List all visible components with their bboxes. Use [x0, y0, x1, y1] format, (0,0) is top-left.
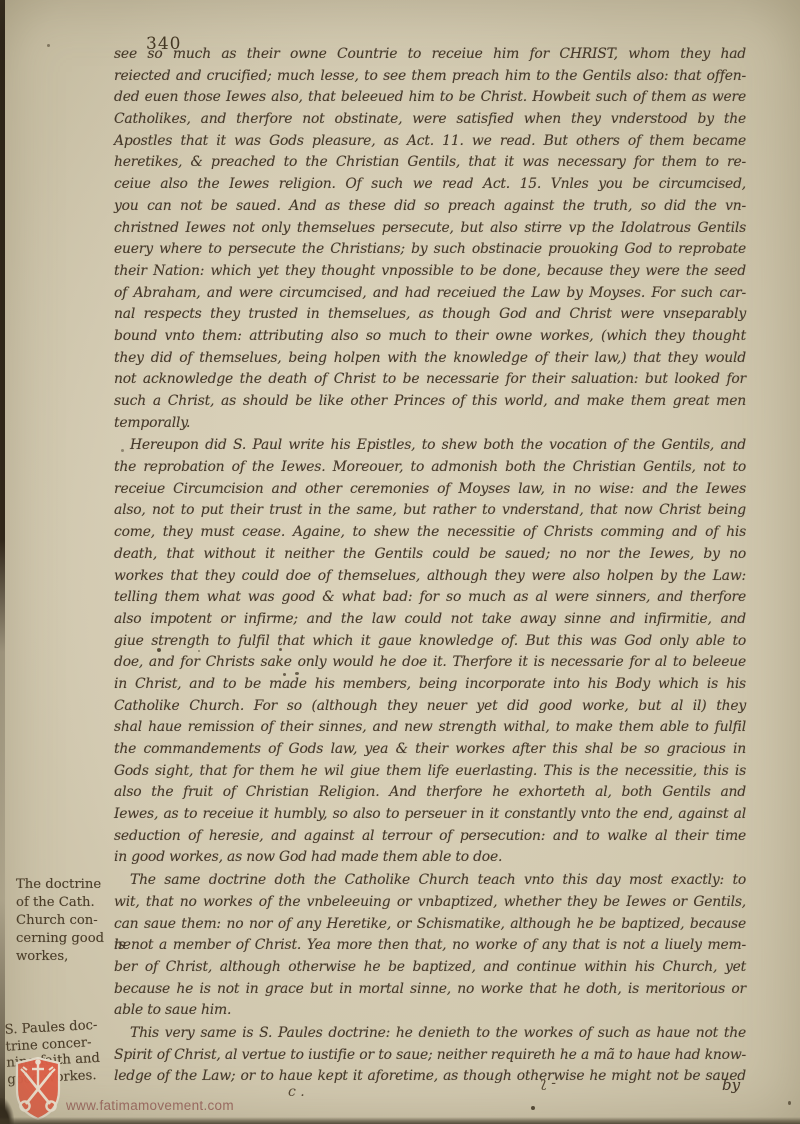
text-line: Spirit of Christ, al vertue to iustifie …: [114, 1045, 746, 1067]
text-line: also, not to put their trust in the same…: [114, 500, 746, 522]
text-line: bound vnto them: attributing also so muc…: [114, 326, 746, 348]
text-line: doe, and for Christs sake only would he …: [114, 652, 746, 674]
watermark-url: www.fatimamovement.com: [66, 1098, 306, 1113]
text-line: wit, that no workes of the vnbeleeuing o…: [114, 892, 746, 914]
text-line: heretikes, & preached to the Christian G…: [114, 152, 746, 174]
text-line: seduction of heresie, and against al ter…: [114, 826, 746, 848]
text-line: see so much as their owne Countrie to re…: [114, 44, 746, 66]
margin-note-line: The doctrine: [16, 876, 112, 894]
text-line: Iewes, as to receiue it humbly, so also …: [114, 804, 746, 826]
margin-note-line: workes,: [16, 948, 112, 966]
text-line: their Nation: which yet they thought vnp…: [114, 261, 746, 283]
text-line: Hereupon did S. Paul write his Epistles,…: [114, 435, 746, 457]
paragraph-4: This very same is S. Paules doctrine: he…: [114, 1023, 746, 1088]
text-line: This very same is S. Paules doctrine: he…: [114, 1023, 746, 1045]
ink-speck: [198, 650, 200, 652]
text-line: The same doctrine doth the Catholike Chu…: [114, 870, 746, 892]
text-line: in Christ, and to be made his members, b…: [114, 674, 746, 696]
text-line: ceiue also the Iewes religion. Of such w…: [114, 174, 746, 196]
text-line: come, they must cease. Againe, to shew t…: [114, 522, 746, 544]
papal-keys-shield-icon: [13, 1057, 63, 1120]
text-line: such a Christ, as should be like other P…: [114, 391, 746, 413]
margin-note-church-doctrine: The doctrineof the Cath.Church con-cerni…: [16, 876, 112, 966]
text-line: is not a member of Christ. Yea more then…: [114, 935, 746, 957]
text-line: in good workes, as now God had made them…: [114, 847, 746, 869]
text-line: they did of themselues, being holpen wit…: [114, 348, 746, 370]
text-line: able to saue him.: [114, 1000, 746, 1022]
text-line: the reprobation of the Iewes. Moreouer, …: [114, 457, 746, 479]
body-text: see so much as their owne Countrie to re…: [114, 44, 746, 1089]
text-line: ledge of the Law; or to haue kept it afo…: [114, 1066, 746, 1088]
paragraph-1: see so much as their owne Countrie to re…: [114, 44, 746, 434]
stray-ink-mark: ʅ -: [540, 1075, 556, 1091]
text-line: christned Iewes not only themselues pers…: [114, 218, 746, 240]
ink-speck: [283, 673, 286, 676]
text-line: you can not be saued. And as these did s…: [114, 196, 746, 218]
ink-speck: [157, 648, 161, 652]
text-line: not acknowledge the death of Christ to b…: [114, 369, 746, 391]
text-line: Gods sight, that for them he wil giue th…: [114, 761, 746, 783]
text-line: temporally.: [114, 413, 746, 435]
ink-speck: [531, 1106, 535, 1110]
text-line: the commandements of Gods law, yea & the…: [114, 739, 746, 761]
text-line: Apostles that it was Gods pleasure, as A…: [114, 131, 746, 153]
scan-edge-left: [0, 0, 5, 1124]
text-line: euery where to persecute the Christians;…: [114, 239, 746, 261]
text-line: shal haue remission of their sinnes, and…: [114, 717, 746, 739]
text-line: nal respects they trusted in themselues,…: [114, 304, 746, 326]
text-line: reiected and crucified; much lesse, to s…: [114, 66, 746, 88]
margin-note-line: of the Cath.: [16, 894, 112, 912]
paragraph-3: The same doctrine doth the Catholike Chu…: [114, 870, 746, 1022]
catchword: by: [722, 1076, 740, 1094]
text-line: death, that without it neither the Genti…: [114, 544, 746, 566]
text-line: can saue them: no nor of any Heretike, o…: [114, 914, 746, 936]
ink-speck: [788, 1101, 791, 1105]
text-line: ber of Christ, although otherwise he be …: [114, 957, 746, 979]
text-line: also the fruit of Christian Religion. An…: [114, 782, 746, 804]
text-line: workes that they could doe of themselues…: [114, 566, 746, 588]
text-line: Catholikes, and therfore not obstinate, …: [114, 109, 746, 131]
scan-edge-bottom: [0, 1117, 800, 1124]
ink-speck: [47, 44, 50, 47]
ink-speck: [295, 672, 299, 675]
margin-note-line: cerning good: [16, 930, 112, 948]
text-line: giue strength to fulfil that which it ga…: [114, 631, 746, 653]
paragraph-2: Hereupon did S. Paul write his Epistles,…: [114, 435, 746, 869]
text-line: ded euen those Iewes also, that beleeued…: [114, 87, 746, 109]
text-line: of Abraham, and were circumcised, and ha…: [114, 283, 746, 305]
text-line: telling them what was good & what bad: f…: [114, 587, 746, 609]
margin-note-line: Church con-: [16, 912, 112, 930]
text-line: because he is not in grace but in mortal…: [114, 979, 746, 1001]
ink-speck: [279, 648, 282, 651]
text-line: also impotent or infirme; and the law co…: [114, 609, 746, 631]
text-line: Catholike Church. For so (although they …: [114, 696, 746, 718]
ink-speck: [121, 449, 124, 452]
text-line: receiue Circumcision and other ceremonie…: [114, 479, 746, 501]
scanned-book-page: 340 see so much as their owne Countrie t…: [0, 0, 800, 1124]
